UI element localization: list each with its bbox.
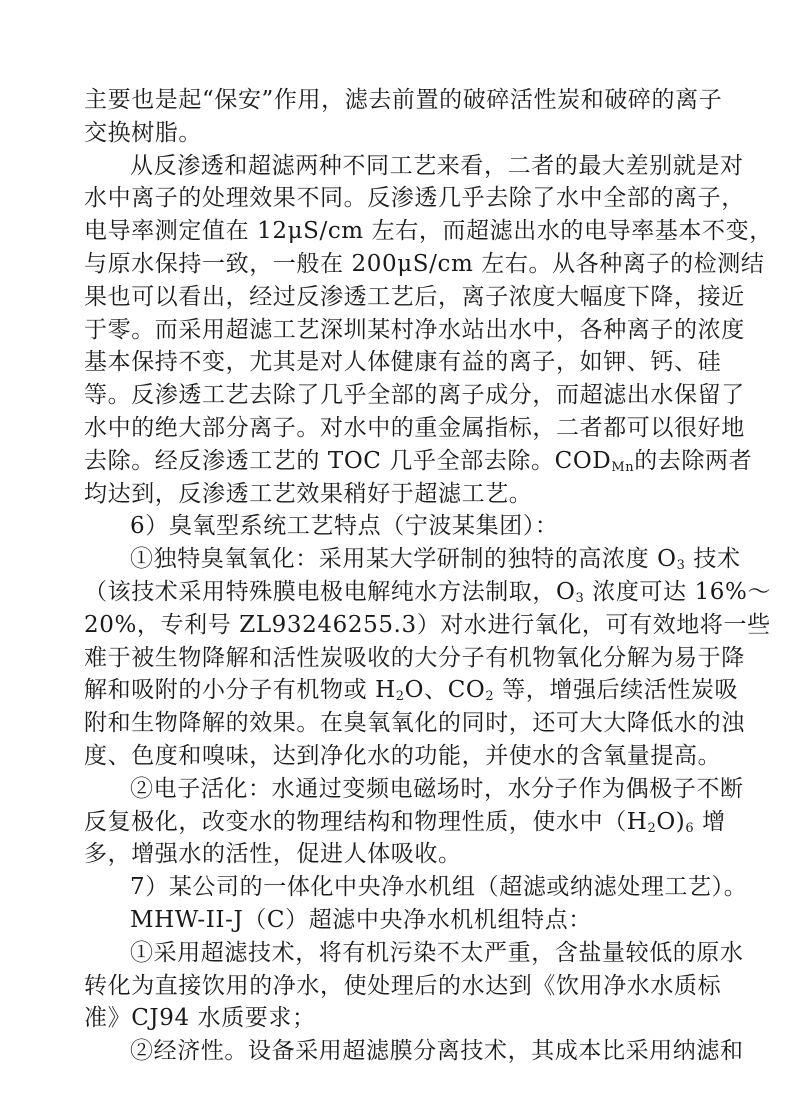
text-segment: 等，增强后续活性炭吸	[494, 677, 738, 703]
document-page: 主要也是起“保安”作用，滤去前置的破碎活性炭和破碎的离子 交换树脂。 从反渗透和…	[84, 84, 704, 1068]
text-line: 反复极化，改变水的物理结构和物理性质，使水中（H2O)6 增	[84, 806, 704, 839]
text-line: 去除。经反渗透工艺的 TOC 几乎全部去除。CODMn的去除两者	[84, 445, 704, 478]
subscript: 2	[647, 821, 656, 836]
text-segment: 技术	[685, 546, 740, 572]
subscript: 2	[396, 689, 405, 704]
paragraph-start: 从反渗透和超滤两种不同工艺来看，二者的最大差别就是对	[84, 150, 704, 183]
subscript: 3	[575, 591, 584, 606]
text-line: 电导率测定值在 12μS/cm 左右，而超滤出水的电导率基本不变，	[84, 215, 704, 248]
text-line: 转化为直接饮用的净水，使处理后的水达到《饮用净水水质标	[84, 970, 704, 1003]
text-line: 附和生物降解的效果。在臭氧氧化的同时，还可大大降低水的浊	[84, 707, 704, 740]
text-segment: ①独特臭氧氧化：采用某大学研制的独特的高浓度 O	[130, 546, 677, 572]
text-line: 主要也是起“保安”作用，滤去前置的破碎活性炭和破碎的离子	[84, 84, 704, 117]
paragraph-start: ①独特臭氧氧化：采用某大学研制的独特的高浓度 O3 技术	[84, 543, 704, 576]
text-line: 基本保持不变，尤其是对人体健康有益的离子，如钾、钙、硅	[84, 346, 704, 379]
paragraph-start: ①采用超滤技术，将有机污染不太严重，含盐量较低的原水	[84, 937, 704, 970]
text-line: 难于被生物降解和活性炭吸收的大分子有机物氧化分解为易于降	[84, 642, 704, 675]
text-line: 水中离子的处理效果不同。反渗透几乎去除了水中全部的离子，	[84, 182, 704, 215]
text-segment: 的去除两者	[634, 448, 752, 474]
text-segment: O)	[656, 809, 685, 835]
text-line: 解和吸附的小分子有机物或 H2O、CO2 等，增强后续活性炭吸	[84, 674, 704, 707]
text-segment: 浓度可达 16%～	[584, 579, 771, 605]
text-segment: 去除。经反渗透工艺的 TOC 几乎全部去除。COD	[84, 448, 611, 474]
text-line: 水中的绝大部分离子。对水中的重金属指标，二者都可以很好地	[84, 412, 704, 445]
text-segment: O、CO	[405, 677, 486, 703]
text-segment: （该技术采用特殊膜电极电解纯水方法制取，O	[84, 579, 575, 605]
section-heading: 6）臭氧型系统工艺特点（宁波某集团）：	[84, 510, 704, 543]
text-segment: 解和吸附的小分子有机物或 H	[84, 677, 396, 703]
text-line: 等。反渗透工艺去除了几乎全部的离子成分，而超滤出水保留了	[84, 379, 704, 412]
subscript: 6	[685, 821, 694, 836]
text-line: （该技术采用特殊膜电极电解纯水方法制取，O3 浓度可达 16%～	[84, 576, 704, 609]
text-line: 果也可以看出，经过反渗透工艺后，离子浓度大幅度下降，接近	[84, 281, 704, 314]
section-heading: 7）某公司的一体化中央净水机组（超滤或纳滤处理工艺）。	[84, 871, 704, 904]
text-line: 均达到，反渗透工艺效果稍好于超滤工艺。	[84, 478, 704, 511]
text-line: 多，增强水的活性，促进人体吸收。	[84, 838, 704, 871]
subscript: 2	[485, 689, 494, 704]
text-line: 20%，专利号 ZL93246255.3）对水进行氧化，可有效地将一些	[84, 609, 704, 642]
text-segment: 增	[694, 809, 726, 835]
paragraph-start: ②电子活化：水通过变频电磁场时，水分子作为偶极子不断	[84, 773, 704, 806]
text-line: 与原水保持一致，一般在 200μS/cm 左右。从各种离子的检测结	[84, 248, 704, 281]
text-segment: 反复极化，改变水的物理结构和物理性质，使水中（H	[84, 809, 647, 835]
text-line: 准》CJ94 水质要求；	[84, 1002, 704, 1035]
subscript: Mn	[611, 460, 634, 475]
text-line: 交换树脂。	[84, 117, 704, 150]
subsection-heading: MHW-II-J（C）超滤中央净水机机组特点：	[84, 904, 704, 937]
text-line: 度、色度和嗅味，达到净化水的功能，并使水的含氧量提高。	[84, 740, 704, 773]
text-line: 于零。而采用超滤工艺深圳某村净水站出水中，各种离子的浓度	[84, 314, 704, 347]
paragraph-start: ②经济性。设备采用超滤膜分离技术，其成本比采用纳滤和	[84, 1035, 704, 1068]
